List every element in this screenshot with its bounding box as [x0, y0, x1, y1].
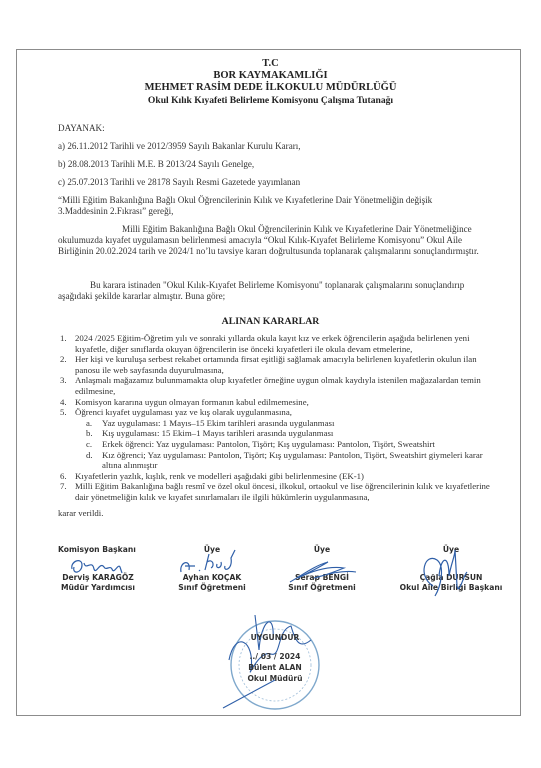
decision-item: 1.2024 /2025 Eğitim-Öğretim yılı ve sonr…	[58, 333, 498, 354]
decision-subitem: b.Kış uygulaması: 15 Ekim–1 Mayıs tarihl…	[58, 428, 498, 439]
decision-item: 3.Anlaşmalı mağazamız bulunmamakta olup …	[58, 375, 498, 396]
decision-subitem: a.Yaz uygulaması: 1 Mayıs–15 Ekim tarihl…	[58, 418, 498, 429]
decision-subitem: c.Erkek öğrenci: Yaz uygulaması: Pantolo…	[58, 439, 498, 450]
basis-quote-line1: “Milli Eğitim Bakanlığına Bağlı Okul Öğr…	[58, 195, 432, 206]
basis-item-a: a) 26.11.2012 Tarihli ve 2012/3959 Sayıl…	[58, 141, 301, 152]
decision-item: 4.Komisyon kararına uygun olmayan forman…	[58, 397, 498, 408]
header-tc: T.C	[0, 58, 541, 69]
signature-ink-chair	[68, 555, 128, 579]
decisions-list: 1.2024 /2025 Eğitim-Öğretim yılı ve sonr…	[58, 333, 498, 503]
decision-subitem: d.Kız öğrenci; Yaz uygulaması: Pantolon,…	[58, 450, 498, 471]
decision-item: 5.Öğrenci kıyafet uygulaması yaz ve kış …	[58, 407, 498, 471]
basis-item-c: c) 25.07.2013 Tarihli ve 28178 Sayılı Re…	[58, 177, 300, 188]
signature-ink-member-1	[175, 548, 245, 578]
decisions-title: ALINAN KARARLAR	[0, 316, 541, 327]
document-title: Okul Kılık Kıyafeti Belirleme Komisyonu …	[0, 95, 541, 106]
paragraph-decision: Bu karara istinaden "Okul Kılık-Kıyafet …	[58, 280, 488, 302]
header-school: MEHMET RASİM DEDE İLKOKULU MÜDÜRLÜĞÜ	[0, 82, 541, 93]
basis-item-b: b) 28.08.2013 Tarihli M.E. B 2013/24 Say…	[58, 159, 254, 170]
decision-item: 7.Milli Eğitim Bakanlığına bağlı resmî v…	[58, 481, 498, 502]
closing-text: karar verildi.	[58, 508, 103, 518]
paragraph-decision-text: Bu karara istinaden "Okul Kılık-Kıyafet …	[58, 280, 464, 301]
signature-title: Sınıf Öğretmeni	[172, 583, 252, 593]
signature-role: Komisyon Başkanı	[58, 545, 138, 555]
decision-item: 6.Kıyafetlerin yazlık, kışlık, renk ve m…	[58, 471, 498, 482]
signature-ink-member-2	[284, 556, 364, 586]
basis-quote-line2: 3.Maddesinin 2.Fıkrası” gereği,	[58, 206, 173, 217]
decision-item: 2.Her kişi ve kuruluşa serbest rekabet o…	[58, 354, 498, 375]
paragraph-intro: Milli Eğitim Bakanlığına Bağlı Okul Öğre…	[58, 224, 488, 258]
paragraph-intro-text: Milli Eğitim Bakanlığına Bağlı Okul Öğre…	[58, 224, 479, 256]
decision-subitems: a.Yaz uygulaması: 1 Mayıs–15 Ekim tarihl…	[58, 418, 498, 471]
approval-title: Okul Müdürü	[220, 673, 330, 684]
approval-block: UYGUNDUR ../ 03 / 2024 Bülent ALAN Okul …	[220, 632, 330, 684]
basis-title: DAYANAK:	[58, 123, 105, 134]
signature-ink-member-3	[415, 546, 475, 616]
signature-title: Müdür Yardımcısı	[58, 583, 138, 593]
approval-name: Bülent ALAN	[220, 662, 330, 673]
header-district: BOR KAYMAKAMLIĞI	[0, 70, 541, 81]
signature-role: Üye	[282, 545, 362, 555]
approval-status: UYGUNDUR	[220, 632, 330, 643]
approval-date: ../ 03 / 2024	[220, 651, 330, 662]
